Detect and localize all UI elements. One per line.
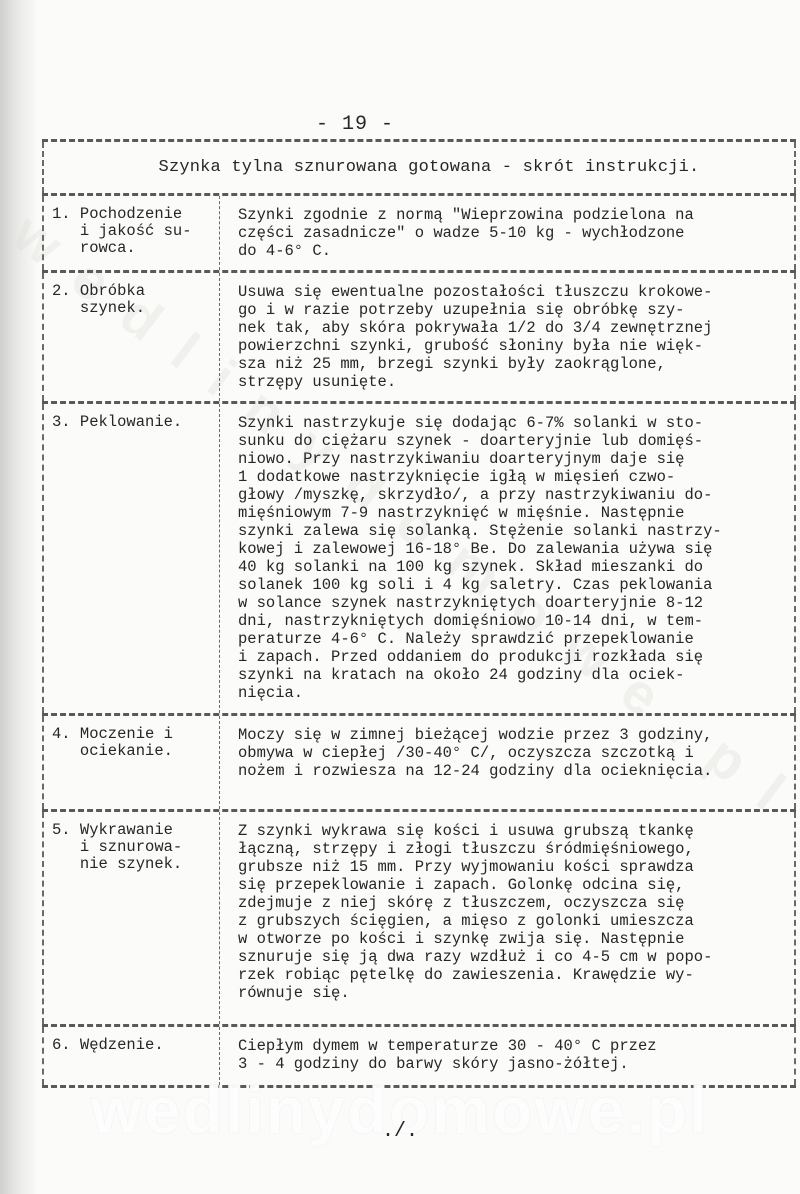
step-label: 4. Moczenie i ociekanie. (44, 716, 220, 809)
table-row: 2. Obróbka szynek. Usuwa się ewentualne … (42, 273, 796, 401)
table-row: 1. Pochodzenie i jakość su- rowca. Szynk… (42, 196, 796, 270)
table-row: 4. Moczenie i ociekanie. Moczy się w zim… (42, 716, 796, 809)
step-text: Z szynki wykrawa się kości i usuwa grubs… (220, 812, 794, 1024)
instruction-table: Szynka tylna sznurowana gotowana - skrót… (42, 139, 796, 1088)
step-label: 3. Peklowanie. (44, 404, 220, 713)
scan-edge-shadow (0, 0, 38, 1194)
table-title-row: Szynka tylna sznurowana gotowana - skrót… (42, 142, 796, 193)
continuation-mark: ./. (0, 1120, 800, 1143)
page-number: - 19 - (0, 113, 710, 136)
table-row: 3. Peklowanie. Szynki nastrzykuje się do… (42, 404, 796, 713)
table-row: 5. Wykrawanie i sznurowa- nie szynek. Z … (42, 812, 796, 1024)
step-text: Szynki zgodnie z normą "Wieprzowina podz… (220, 196, 794, 270)
document-title: Szynka tylna sznurowana gotowana - skrót… (139, 158, 700, 177)
step-label: 1. Pochodzenie i jakość su- rowca. (44, 196, 220, 270)
step-text: Moczy się w zimnej bieżącej wodzie przez… (220, 716, 794, 809)
step-label: 5. Wykrawanie i sznurowa- nie szynek. (44, 812, 220, 1024)
step-label: 2. Obróbka szynek. (44, 273, 220, 401)
step-text: Usuwa się ewentualne pozostałości tłuszc… (220, 273, 794, 401)
step-text: Szynki nastrzykuje się dodając 6-7% sola… (220, 404, 794, 713)
